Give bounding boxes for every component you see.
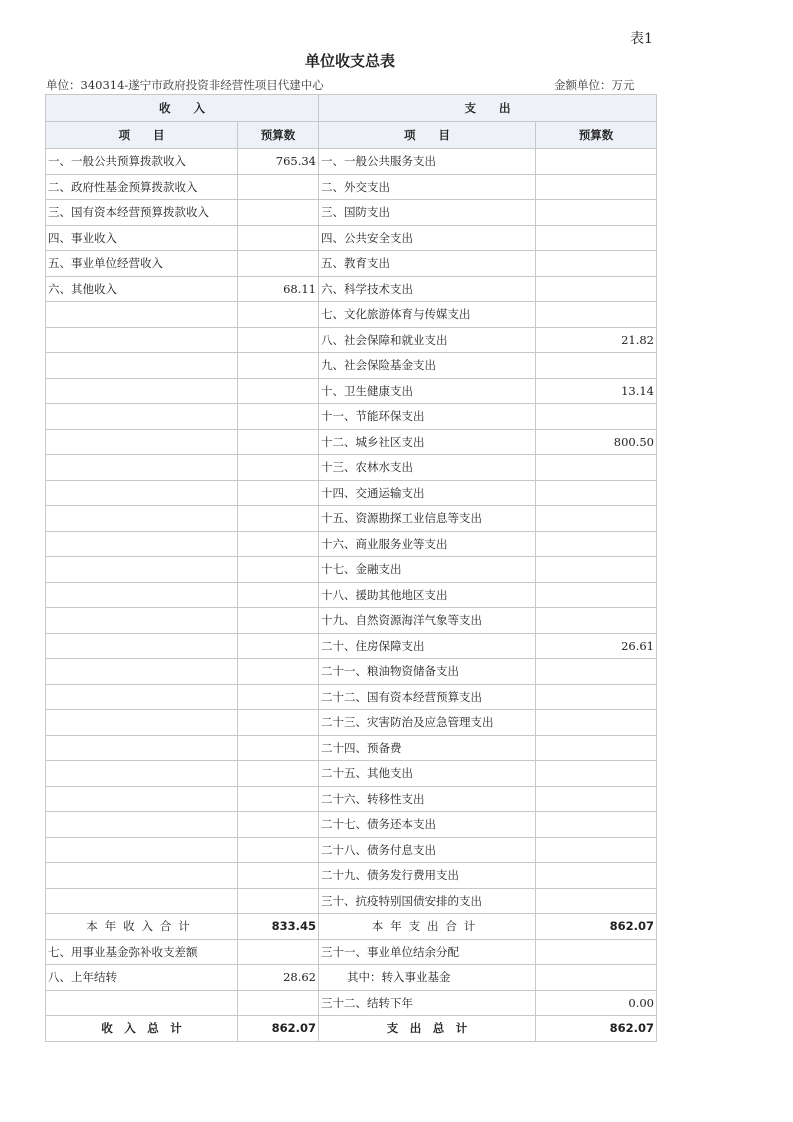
- expense-item-cell: 二十四、预备费: [319, 735, 536, 761]
- income-item-cell: [46, 837, 238, 863]
- expense-amount-cell: [536, 837, 657, 863]
- income-amount-cell: [238, 812, 319, 838]
- expense-item-cell: 二十六、转移性支出: [319, 786, 536, 812]
- expense-item-cell: 二十九、债务发行费用支出: [319, 863, 536, 889]
- table-row: 十二、城乡社区支出800.50: [46, 429, 657, 455]
- income-item-cell: [46, 480, 238, 506]
- expense-total-amount: 862.07: [536, 1016, 657, 1042]
- expense-amount-cell: [536, 276, 657, 302]
- table-number: 表1: [630, 28, 653, 48]
- expense-amount-cell: [536, 506, 657, 532]
- grand-total-row: 收 入 总 计862.07支 出 总 计862.07: [46, 1016, 657, 1042]
- income-amount-cell: [238, 684, 319, 710]
- expense-item-cell: 十四、交通运输支出: [319, 480, 536, 506]
- unit-label: 单位：340314-遂宁市政府投资非经营性项目代建中心: [46, 77, 324, 93]
- expense-item-cell: 六、科学技术支出: [319, 276, 536, 302]
- expense-item-cell: 二、外交支出: [319, 174, 536, 200]
- table-row: 十五、资源勘探工业信息等支出: [46, 506, 657, 532]
- table-row: 十六、商业服务业等支出: [46, 531, 657, 557]
- income-item-cell: [46, 531, 238, 557]
- page-title: 单位收支总表: [0, 50, 700, 71]
- income-amount-cell: [238, 480, 319, 506]
- table-row: 二十一、粮油物资储备支出: [46, 659, 657, 685]
- expense-item-cell: 三十、抗疫特别国债安排的支出: [319, 888, 536, 914]
- income-amount-cell: 765.34: [238, 149, 319, 175]
- income-amount-cell: [238, 990, 319, 1016]
- expense-item-cell: 三十一、事业单位结余分配: [319, 939, 536, 965]
- income-item-cell: [46, 863, 238, 889]
- table-row: 十、卫生健康支出13.14: [46, 378, 657, 404]
- expense-amount-cell: [536, 710, 657, 736]
- table-row: 二十四、预备费: [46, 735, 657, 761]
- expense-item-cell: 其中：转入事业基金: [319, 965, 536, 991]
- table-row: 十三、农林水支出: [46, 455, 657, 481]
- expense-amount-cell: 26.61: [536, 633, 657, 659]
- expense-item-cell: 十七、金融支出: [319, 557, 536, 583]
- table-row: 十七、金融支出: [46, 557, 657, 583]
- income-item-cell: 七、用事业基金弥补收支差额: [46, 939, 238, 965]
- expense-amount-cell: 800.50: [536, 429, 657, 455]
- income-item-cell: [46, 455, 238, 481]
- expense-amount-cell: 0.00: [536, 990, 657, 1016]
- income-amount-cell: [238, 200, 319, 226]
- table-row: 二十、住房保障支出26.61: [46, 633, 657, 659]
- expense-amount-cell: [536, 531, 657, 557]
- income-item-cell: [46, 302, 238, 328]
- table-row: 七、用事业基金弥补收支差额三十一、事业单位结余分配: [46, 939, 657, 965]
- expense-item-cell: 二十三、灾害防治及应急管理支出: [319, 710, 536, 736]
- income-amount-cell: [238, 863, 319, 889]
- income-budget-header: 预算数: [238, 122, 319, 149]
- income-amount-cell: 68.11: [238, 276, 319, 302]
- expense-item-cell: 一、一般公共服务支出: [319, 149, 536, 175]
- expense-amount-cell: [536, 404, 657, 430]
- expense-item-cell: 三、国防支出: [319, 200, 536, 226]
- table-row: 三十二、结转下年0.00: [46, 990, 657, 1016]
- income-item-cell: [46, 353, 238, 379]
- income-item-cell: [46, 659, 238, 685]
- expense-item-cell: 十、卫生健康支出: [319, 378, 536, 404]
- expense-item-cell: 十五、资源勘探工业信息等支出: [319, 506, 536, 532]
- table-row: 八、上年结转28.62其中：转入事业基金: [46, 965, 657, 991]
- income-item-cell: [46, 633, 238, 659]
- income-amount-cell: [238, 557, 319, 583]
- expense-item-cell: 五、教育支出: [319, 251, 536, 277]
- expense-amount-cell: [536, 684, 657, 710]
- income-amount-cell: [238, 378, 319, 404]
- income-amount-cell: [238, 786, 319, 812]
- expense-item-header: 项 目: [319, 122, 536, 149]
- table-row: 二十五、其他支出: [46, 761, 657, 787]
- expense-amount-cell: [536, 200, 657, 226]
- income-item-cell: [46, 506, 238, 532]
- income-amount-cell: [238, 506, 319, 532]
- income-group-header: 收 入: [46, 95, 319, 122]
- income-total-label: 收 入 总 计: [46, 1016, 238, 1042]
- income-item-cell: [46, 429, 238, 455]
- table-row: 十八、援助其他地区支出: [46, 582, 657, 608]
- expense-item-cell: 二十、住房保障支出: [319, 633, 536, 659]
- expense-amount-cell: [536, 480, 657, 506]
- expense-amount-cell: [536, 251, 657, 277]
- income-item-cell: [46, 735, 238, 761]
- income-amount-cell: [238, 582, 319, 608]
- expense-item-cell: 二十八、债务付息支出: [319, 837, 536, 863]
- group-header-row: 收 入 支 出: [46, 95, 657, 122]
- expense-amount-cell: [536, 582, 657, 608]
- table-row: 八、社会保障和就业支出21.82: [46, 327, 657, 353]
- table-row: 四、事业收入四、公共安全支出: [46, 225, 657, 251]
- table-row: 二十二、国有资本经营预算支出: [46, 684, 657, 710]
- expense-amount-cell: [536, 888, 657, 914]
- table-row: 二十六、转移性支出: [46, 786, 657, 812]
- table-row: 九、社会保险基金支出: [46, 353, 657, 379]
- income-item-cell: [46, 684, 238, 710]
- expense-item-cell: 二十七、债务还本支出: [319, 812, 536, 838]
- expense-item-cell: 二十二、国有资本经营预算支出: [319, 684, 536, 710]
- subtotal-row: 本年收入合计833.45本年支出合计862.07: [46, 914, 657, 940]
- income-item-cell: 六、其他收入: [46, 276, 238, 302]
- income-amount-cell: [238, 735, 319, 761]
- income-amount-cell: [238, 174, 319, 200]
- expense-amount-cell: [536, 302, 657, 328]
- income-amount-cell: [238, 608, 319, 634]
- expense-amount-cell: [536, 761, 657, 787]
- income-item-cell: [46, 608, 238, 634]
- expense-amount-cell: [536, 735, 657, 761]
- income-amount-cell: [238, 429, 319, 455]
- expense-subtotal-amount: 862.07: [536, 914, 657, 940]
- expense-total-label: 支 出 总 计: [319, 1016, 536, 1042]
- income-item-cell: 二、政府性基金预算拨款收入: [46, 174, 238, 200]
- expense-item-cell: 三十二、结转下年: [319, 990, 536, 1016]
- income-subtotal-amount: 833.45: [238, 914, 319, 940]
- income-item-cell: [46, 378, 238, 404]
- expense-item-cell: 十八、援助其他地区支出: [319, 582, 536, 608]
- expense-item-cell: 十九、自然资源海洋气象等支出: [319, 608, 536, 634]
- income-item-cell: [46, 786, 238, 812]
- expense-group-header: 支 出: [319, 95, 657, 122]
- income-expense-table: 收 入 支 出 项 目 预算数 项 目 预算数 一、一般公共预算拨款收入765.…: [45, 94, 657, 1042]
- table-row: 七、文化旅游体育与传媒支出: [46, 302, 657, 328]
- income-amount-cell: [238, 531, 319, 557]
- income-total-amount: 862.07: [238, 1016, 319, 1042]
- income-amount-cell: 28.62: [238, 965, 319, 991]
- expense-item-cell: 二十五、其他支出: [319, 761, 536, 787]
- expense-amount-cell: [536, 353, 657, 379]
- table-row: 三十、抗疫特别国债安排的支出: [46, 888, 657, 914]
- expense-item-cell: 十三、农林水支出: [319, 455, 536, 481]
- income-item-cell: [46, 812, 238, 838]
- expense-subtotal-label: 本年支出合计: [319, 914, 536, 940]
- income-item-cell: 三、国有资本经营预算拨款收入: [46, 200, 238, 226]
- expense-amount-cell: [536, 786, 657, 812]
- expense-budget-header: 预算数: [536, 122, 657, 149]
- income-amount-cell: [238, 225, 319, 251]
- expense-amount-cell: [536, 659, 657, 685]
- expense-amount-cell: [536, 174, 657, 200]
- table-row: 十九、自然资源海洋气象等支出: [46, 608, 657, 634]
- table-row: 五、事业单位经营收入五、教育支出: [46, 251, 657, 277]
- expense-item-cell: 十一、节能环保支出: [319, 404, 536, 430]
- table-row: 二十八、债务付息支出: [46, 837, 657, 863]
- expense-amount-cell: [536, 863, 657, 889]
- income-amount-cell: [238, 251, 319, 277]
- income-item-header: 项 目: [46, 122, 238, 149]
- income-item-cell: 八、上年结转: [46, 965, 238, 991]
- income-item-cell: [46, 710, 238, 736]
- expense-item-cell: 八、社会保障和就业支出: [319, 327, 536, 353]
- table-row: 二十三、灾害防治及应急管理支出: [46, 710, 657, 736]
- income-amount-cell: [238, 659, 319, 685]
- expense-item-cell: 四、公共安全支出: [319, 225, 536, 251]
- income-item-cell: [46, 888, 238, 914]
- table-row: 三、国有资本经营预算拨款收入三、国防支出: [46, 200, 657, 226]
- expense-amount-cell: [536, 455, 657, 481]
- expense-item-cell: 十六、商业服务业等支出: [319, 531, 536, 557]
- income-amount-cell: [238, 353, 319, 379]
- table-row: 一、一般公共预算拨款收入765.34一、一般公共服务支出: [46, 149, 657, 175]
- expense-amount-cell: [536, 608, 657, 634]
- income-amount-cell: [238, 939, 319, 965]
- income-amount-cell: [238, 327, 319, 353]
- table-row: 十四、交通运输支出: [46, 480, 657, 506]
- expense-amount-cell: 13.14: [536, 378, 657, 404]
- income-item-cell: 五、事业单位经营收入: [46, 251, 238, 277]
- income-amount-cell: [238, 837, 319, 863]
- table-row: 二十七、债务还本支出: [46, 812, 657, 838]
- income-item-cell: [46, 327, 238, 353]
- expense-item-cell: 二十一、粮油物资储备支出: [319, 659, 536, 685]
- income-item-cell: 四、事业收入: [46, 225, 238, 251]
- income-amount-cell: [238, 888, 319, 914]
- income-item-cell: [46, 990, 238, 1016]
- income-amount-cell: [238, 710, 319, 736]
- table-row: 六、其他收入68.11六、科学技术支出: [46, 276, 657, 302]
- expense-amount-cell: [536, 965, 657, 991]
- expense-item-cell: 七、文化旅游体育与传媒支出: [319, 302, 536, 328]
- income-item-cell: [46, 557, 238, 583]
- income-subtotal-label: 本年收入合计: [46, 914, 238, 940]
- income-amount-cell: [238, 302, 319, 328]
- income-amount-cell: [238, 633, 319, 659]
- income-amount-cell: [238, 761, 319, 787]
- expense-amount-cell: [536, 149, 657, 175]
- table-row: 十一、节能环保支出: [46, 404, 657, 430]
- expense-amount-cell: [536, 812, 657, 838]
- expense-item-cell: 十二、城乡社区支出: [319, 429, 536, 455]
- income-item-cell: [46, 761, 238, 787]
- expense-amount-cell: [536, 939, 657, 965]
- expense-item-cell: 九、社会保险基金支出: [319, 353, 536, 379]
- amount-unit-label: 金额单位：万元: [554, 77, 635, 93]
- income-amount-cell: [238, 404, 319, 430]
- income-amount-cell: [238, 455, 319, 481]
- expense-amount-cell: [536, 225, 657, 251]
- table-row: 二十九、债务发行费用支出: [46, 863, 657, 889]
- column-header-row: 项 目 预算数 项 目 预算数: [46, 122, 657, 149]
- income-item-cell: [46, 404, 238, 430]
- table-row: 二、政府性基金预算拨款收入二、外交支出: [46, 174, 657, 200]
- expense-amount-cell: 21.82: [536, 327, 657, 353]
- income-item-cell: 一、一般公共预算拨款收入: [46, 149, 238, 175]
- income-item-cell: [46, 582, 238, 608]
- expense-amount-cell: [536, 557, 657, 583]
